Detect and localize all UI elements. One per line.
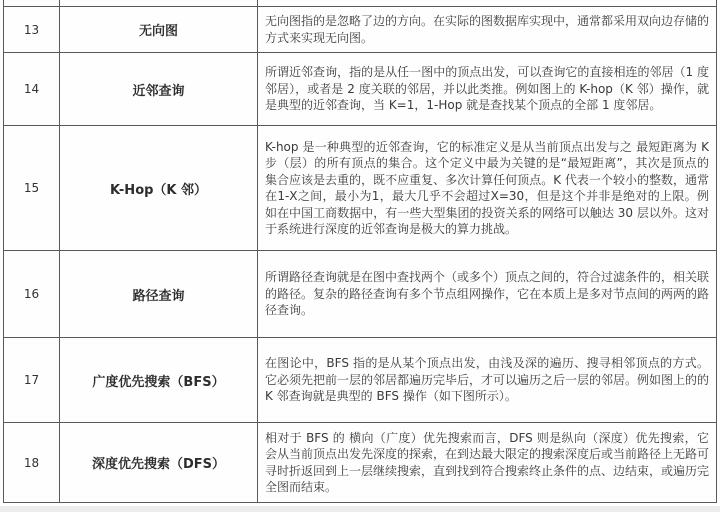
table-row: 13 无向图 无向图指的是忽略了边的方向。在实际的图数据库实现中，通常都采用双向… (4, 7, 717, 53)
row-number: 16 (4, 251, 60, 338)
term-cell: K-Hop（K 邻） (60, 126, 258, 251)
term-cell: 近邻查询 (60, 53, 258, 126)
term-cell: 广度优先搜索（BFS） (60, 338, 258, 423)
glossary-table: 13 无向图 无向图指的是忽略了边的方向。在实际的图数据库实现中，通常都采用双向… (3, 0, 717, 503)
table-row: 18 深度优先搜索（DFS） 相对于 BFS 的 横向（广度）优先搜索而言，DF… (4, 423, 717, 503)
row-number: 14 (4, 53, 60, 126)
description-cell: K-hop 是一种典型的近邻查询，它的标准定义是从当前顶点出发与之 最短距离为 … (258, 126, 717, 251)
description-cell: 无向图指的是忽略了边的方向。在实际的图数据库实现中，通常都采用双向边存储的方式来… (258, 7, 717, 53)
page-bottom-margin (0, 506, 720, 512)
description-cell: 所谓路径查询就是在图中查找两个（或多个）顶点之间的，符合过滤条件的，相关联的路径… (258, 251, 717, 338)
description-cell: 所谓近邻查询，指的是从任一图中的顶点出发，可以查询它的直接相连的邻居（1 度邻居… (258, 53, 717, 126)
table-row: 17 广度优先搜索（BFS） 在图论中，BFS 指的是从某个顶点出发，由浅及深的… (4, 338, 717, 423)
description-cell: 在图论中，BFS 指的是从某个顶点出发，由浅及深的遍历、搜寻相邻顶点的方式。它必… (258, 338, 717, 423)
row-number: 17 (4, 338, 60, 423)
document-page: 13 无向图 无向图指的是忽略了边的方向。在实际的图数据库实现中，通常都采用双向… (0, 0, 720, 512)
row-number: 18 (4, 423, 60, 503)
row-number: 13 (4, 7, 60, 53)
description-cell: 相对于 BFS 的 横向（广度）优先搜索而言，DFS 则是纵向（深度）优先搜索，… (258, 423, 717, 503)
term-cell: 路径查询 (60, 251, 258, 338)
table-row: 14 近邻查询 所谓近邻查询，指的是从任一图中的顶点出发，可以查询它的直接相连的… (4, 53, 717, 126)
row-number: 15 (4, 126, 60, 251)
term-cell: 无向图 (60, 7, 258, 53)
table-row: 16 路径查询 所谓路径查询就是在图中查找两个（或多个）顶点之间的，符合过滤条件… (4, 251, 717, 338)
table-row: 15 K-Hop（K 邻） K-hop 是一种典型的近邻查询，它的标准定义是从当… (4, 126, 717, 251)
term-cell: 深度优先搜索（DFS） (60, 423, 258, 503)
